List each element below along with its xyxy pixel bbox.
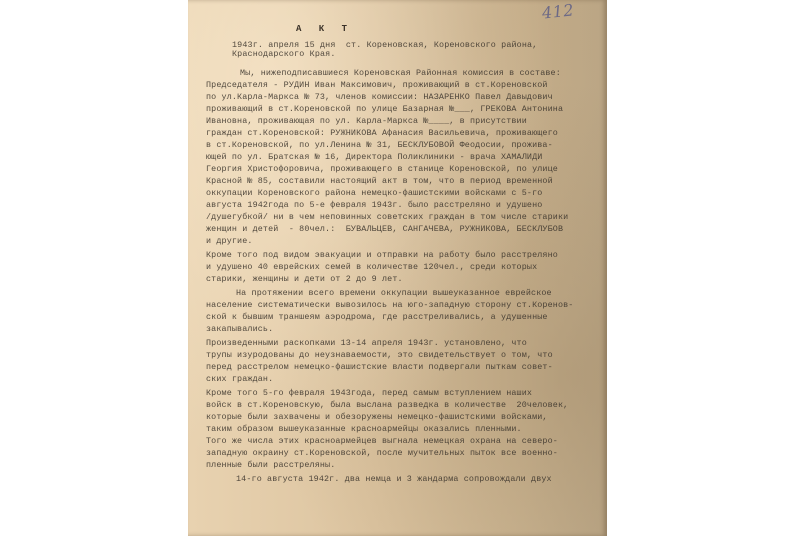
text-line: женщин и детей - 80чел.: БУВАЛЬЦЕВ, САНГ…: [206, 224, 563, 234]
text-line: На протяжении всего времени оккупации вы…: [236, 288, 552, 298]
text-line: старики, женщины и дети от 2 до 9 лет.: [206, 274, 403, 284]
text-line: Георгия Христофоровича, проживающего в с…: [206, 164, 558, 174]
text-line: в ст.Кореновской, по ул.Ленина № 31, БЕС…: [206, 140, 553, 150]
text-line: и другие.: [206, 236, 253, 246]
text-line: августа 1942года по 5-е февраля 1943г. б…: [206, 200, 542, 210]
text-line: и удушено 40 еврейских семей в количеств…: [206, 262, 537, 272]
text-line: Ивановна, проживающая по ул. Карла-Маркс…: [206, 116, 527, 126]
text-line: Того же числа этих красноармейцев выгнал…: [206, 436, 558, 446]
text-line: по ул.Карла-Маркса № 73, членов комиссии…: [206, 92, 553, 102]
text-line: Мы, нижеподписавшиеся Кореновская Районн…: [240, 68, 561, 78]
text-line: трупы изуродованы до неузнаваемости, это…: [206, 350, 553, 360]
text-line: проживающий в ст.Кореновской по улице Ба…: [206, 104, 563, 114]
text-line: Кроме того 5-го февраля 1943года, перед …: [206, 388, 532, 398]
text-line: перед расстрелом немецко-фашистские влас…: [206, 362, 553, 372]
text-line: граждан ст.Кореновской: РУЖНИКОВА Афанас…: [206, 128, 558, 138]
text-line: ской к бывшим траншеям аэродрома, где ра…: [206, 312, 548, 322]
text-line: войск в ст.Кореновскую, была выслана раз…: [206, 400, 568, 410]
text-line: /душегубкой/ ни в чем неповинных советск…: [206, 212, 568, 222]
text-line: население систематически вывозилось на ю…: [206, 300, 573, 310]
text-line: таким образом вышеуказанные красноармейц…: [206, 424, 522, 434]
text-line: оккупации Кореновского района немецко-фа…: [206, 188, 542, 198]
text-line: пленные были расстреляны.: [206, 460, 335, 470]
document-title: А К Т: [296, 24, 353, 34]
text-line: ющей по ул. Братская № 16, Директора Пол…: [206, 152, 542, 162]
text-line: Красной № 85, составили настоящий акт в …: [206, 176, 553, 186]
text-line: закапывались.: [206, 324, 273, 334]
text-line: которые были захвачены и обезоружены нем…: [206, 412, 548, 422]
text-line: западную окраину ст.Кореновской, после м…: [206, 448, 558, 458]
text-line: Председателя - РУДИН Иван Максимович, пр…: [206, 80, 548, 90]
text-line: ских граждан.: [206, 374, 273, 384]
text-line: Произведенными раскопками 13-14 апреля 1…: [206, 338, 527, 348]
text-line: 14-го августа 1942г. два немца и 3 жанда…: [236, 474, 552, 484]
text-line: Краснодарского Края.: [232, 49, 336, 59]
text-line: Кроме того под видом эвакуации и отправк…: [206, 250, 558, 260]
archive-page-number: 412: [541, 0, 575, 22]
